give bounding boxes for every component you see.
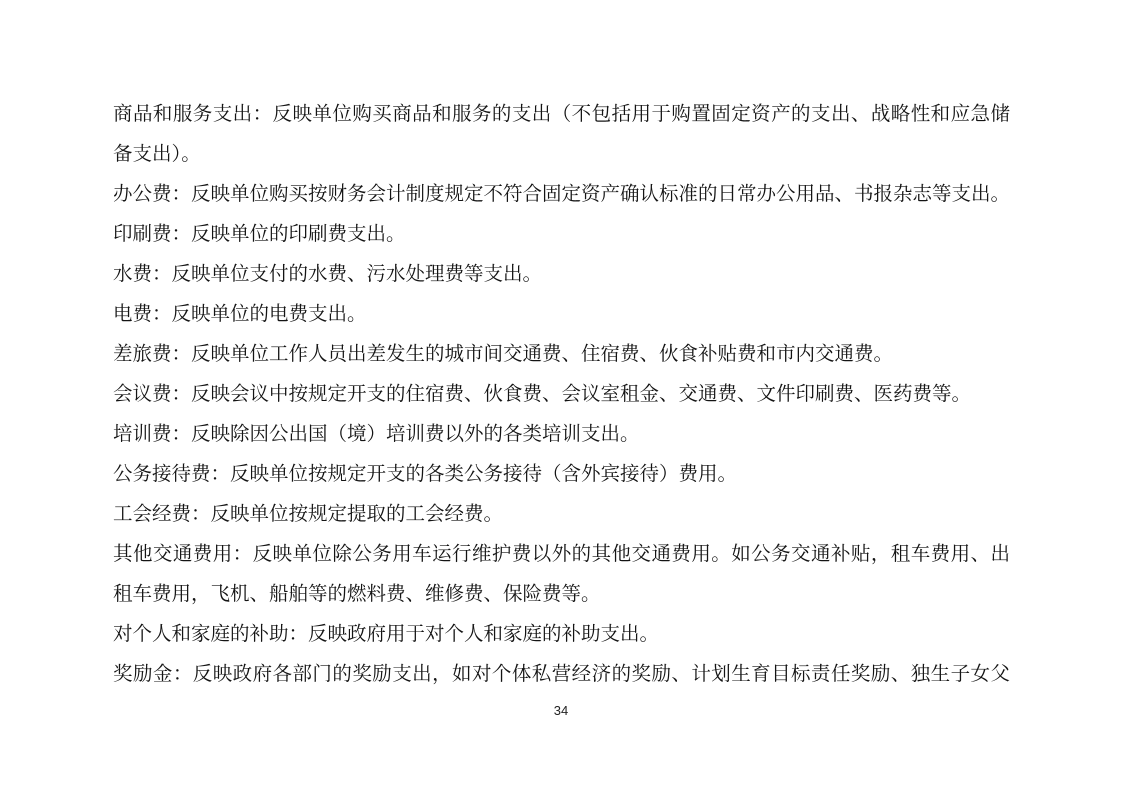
page-number: 34 (554, 703, 568, 718)
text-line: 商品和服务支出：反映单位购买商品和服务的支出（不包括用于购置固定资产的支出、战略… (113, 95, 1010, 135)
document-page: 商品和服务支出：反映单位购买商品和服务的支出（不包括用于购置固定资产的支出、战略… (0, 0, 1122, 793)
text-line: 培训费：反映除因公出国（境）培训费以外的各类培训支出。 (113, 415, 1010, 455)
text-block: 商品和服务支出：反映单位购买商品和服务的支出（不包括用于购置固定资产的支出、战略… (113, 95, 1010, 695)
text-line: 水费：反映单位支付的水费、污水处理费等支出。 (113, 255, 1010, 295)
text-line: 电费：反映单位的电费支出。 (113, 295, 1010, 335)
text-line: 奖励金：反映政府各部门的奖励支出，如对个体私营经济的奖励、计划生育目标责任奖励、… (113, 655, 1010, 695)
text-line: 印刷费：反映单位的印刷费支出。 (113, 215, 1010, 255)
text-line: 办公费：反映单位购买按财务会计制度规定不符合固定资产确认标准的日常办公用品、书报… (113, 175, 1010, 215)
text-line: 差旅费：反映单位工作人员出差发生的城市间交通费、住宿费、伙食补贴费和市内交通费。 (113, 335, 1010, 375)
text-line: 对个人和家庭的补助：反映政府用于对个人和家庭的补助支出。 (113, 615, 1010, 655)
text-line: 公务接待费：反映单位按规定开支的各类公务接待（含外宾接待）费用。 (113, 455, 1010, 495)
page-footer: 34 (0, 702, 1122, 720)
text-line: 租车费用，飞机、船舶等的燃料费、维修费、保险费等。 (113, 575, 1010, 615)
text-line: 其他交通费用：反映单位除公务用车运行维护费以外的其他交通费用。如公务交通补贴，租… (113, 535, 1010, 575)
text-line: 备支出）。 (113, 135, 1010, 175)
text-line: 工会经费：反映单位按规定提取的工会经费。 (113, 495, 1010, 535)
text-line: 会议费：反映会议中按规定开支的住宿费、伙食费、会议室租金、交通费、文件印刷费、医… (113, 375, 1010, 415)
